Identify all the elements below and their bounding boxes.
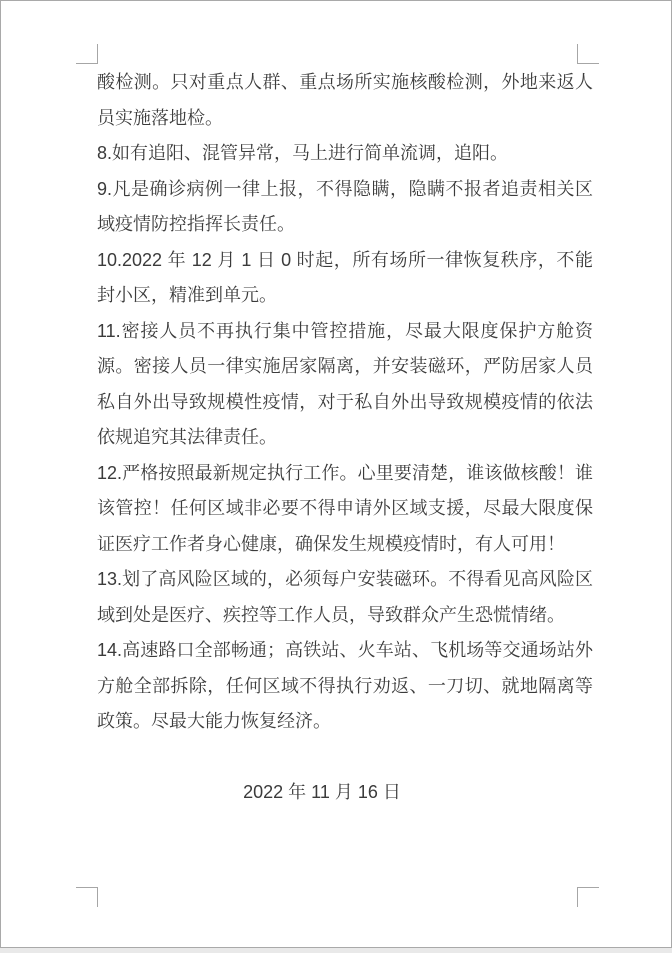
document-line[interactable]: 域疫情防控指挥长责任。 xyxy=(97,207,593,243)
document-line[interactable]: 13.划了高风险区域的，必须每户安装磁环。不得看见高风险区 xyxy=(97,562,593,598)
document-line[interactable]: 政策。尽最大能力恢复经济。 xyxy=(97,704,593,740)
document-line[interactable]: 封小区，精准到单元。 xyxy=(97,278,593,314)
document-line[interactable]: 域到处是医疗、疾控等工作人员，导致群众产生恐慌情绪。 xyxy=(97,598,593,634)
margin-crop-mark-bottom-left xyxy=(76,887,98,907)
document-text-body[interactable]: 酸检测。只对重点人群、重点场所实施核酸检测，外地来返人 员实施落地检。 8.如有… xyxy=(97,65,593,811)
document-line[interactable]: 方舱全部拆除，任何区域不得执行劝返、一刀切、就地隔离等 xyxy=(97,669,593,705)
margin-crop-mark-bottom-right xyxy=(577,887,599,907)
document-page: 酸检测。只对重点人群、重点场所实施核酸检测，外地来返人 员实施落地检。 8.如有… xyxy=(0,0,672,948)
document-line[interactable]: 员实施落地检。 xyxy=(97,101,593,137)
document-line[interactable]: 12.严格按照最新规定执行工作。心里要清楚，谁该做核酸！谁 xyxy=(97,456,593,492)
document-line[interactable]: 9.凡是确诊病例一律上报，不得隐瞒，隐瞒不报者追责相关区 xyxy=(97,172,593,208)
document-line[interactable]: 8.如有追阳、混管异常，马上进行简单流调，追阳。 xyxy=(97,136,593,172)
document-line[interactable]: 证医疗工作者身心健康，确保发生规模疫情时，有人可用！ xyxy=(97,527,593,563)
document-line[interactable]: 酸检测。只对重点人群、重点场所实施核酸检测，外地来返人 xyxy=(97,65,593,101)
document-line[interactable]: 该管控！任何区域非必要不得申请外区域支援，尽最大限度保 xyxy=(97,491,593,527)
document-line[interactable]: 10.2022 年 12 月 1 日 0 时起，所有场所一律恢复秩序，不能 xyxy=(97,243,593,279)
document-line[interactable]: 私自外出导致规模性疫情，对于私自外出导致规模疫情的依法 xyxy=(97,385,593,421)
document-line[interactable]: 依规追究其法律责任。 xyxy=(97,420,593,456)
document-line[interactable]: 11.密接人员不再执行集中管控措施，尽最大限度保护方舱资 xyxy=(97,314,593,350)
document-line[interactable]: 14.高速路口全部畅通；高铁站、火车站、飞机场等交通场站外 xyxy=(97,633,593,669)
margin-crop-mark-top-right xyxy=(577,44,599,64)
date-line[interactable]: 2022 年 11 月 16 日 xyxy=(97,775,593,811)
document-line[interactable]: 源。密接人员一律实施居家隔离，并安装磁环，严防居家人员 xyxy=(97,349,593,385)
margin-crop-mark-top-left xyxy=(76,44,98,64)
